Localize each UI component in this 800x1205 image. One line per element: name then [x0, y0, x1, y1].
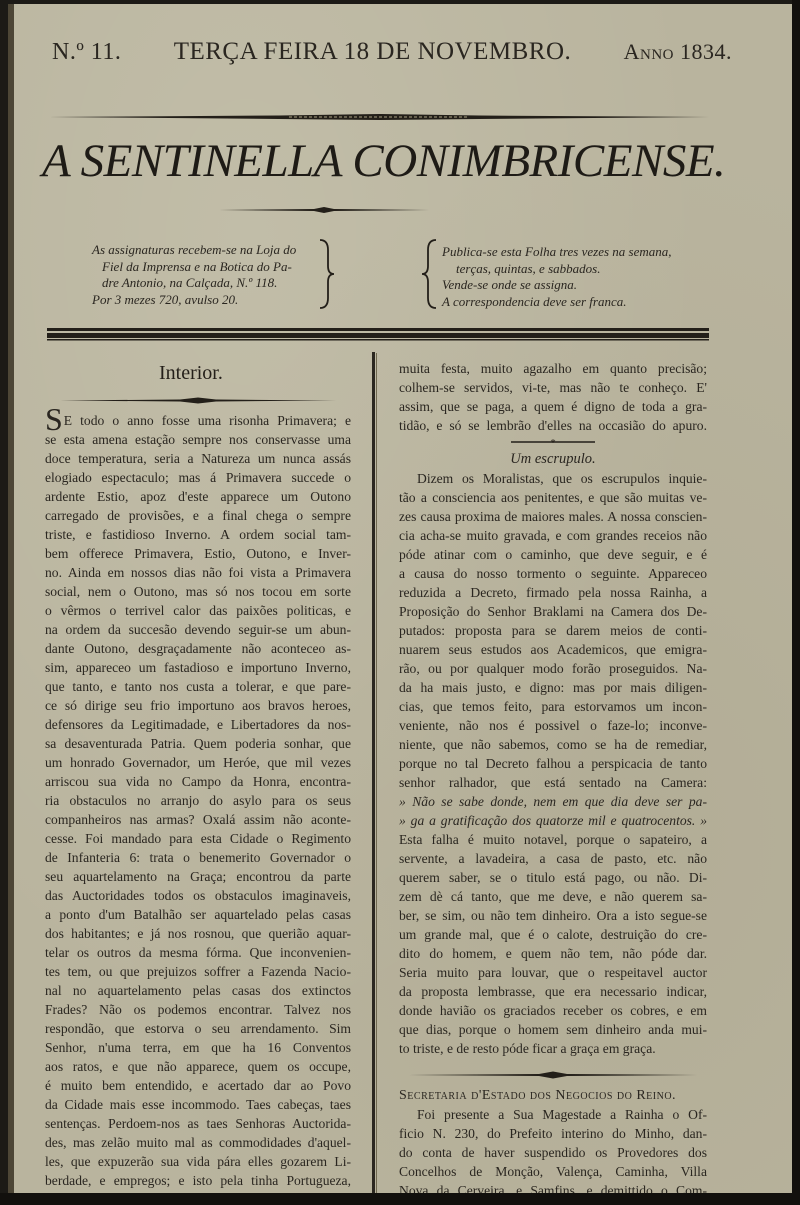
subscription-line: As assignaturas recebem-se na Loja do — [92, 242, 330, 259]
article-line: no. Ainda em nossos dias não foi vista a… — [45, 563, 351, 582]
article-line: nuarem seus estudos aos Academicos, que … — [399, 640, 707, 659]
article-line: o vêrmos o terrivel calor das paixões po… — [45, 601, 351, 620]
publication-line: A correspondencia deve ser franca. — [442, 294, 732, 311]
article-line: na ordem da succesão devendo seguir-se u… — [45, 620, 351, 639]
article-line: ria obstaculos no arranjo do asylo para … — [45, 791, 351, 810]
right-column: muita festa, muito agazalho em quanto pr… — [399, 359, 707, 1200]
article-line: cias, que temos feito, para estorvamos u… — [399, 697, 707, 716]
page-shadow — [0, 1193, 800, 1205]
subscription-line: dre Antonio, na Calçada, N.º 118. — [92, 275, 330, 292]
article-line: companheiros nas armas? Oxalá assim não … — [45, 810, 351, 829]
issue-year: Anno 1834. — [624, 39, 732, 65]
quote-line: » ga a gratificação dos quatorze mil e q… — [399, 811, 707, 830]
masthead: N.º 11. TERÇA FEIRA 18 DE NOVEMBRO. Anno… — [34, 38, 734, 66]
left-brace-icon — [420, 238, 438, 310]
article-line: dante Outono, desgraçadamente não aconte… — [45, 639, 351, 658]
left-column-article: SE todo o anno fosse uma risonha Primave… — [45, 409, 351, 1190]
subscription-line: Por 3 mezes 720, avulso 20. — [92, 292, 330, 309]
star-divider: * — [399, 435, 707, 449]
article-line: cesse. Foi mandado para esta Cidade o Re… — [45, 829, 351, 848]
article-line: querem saber, se o titulo está pago, ou … — [399, 868, 707, 887]
article-line: ce só dirige seu frio importuno aos brav… — [45, 696, 351, 715]
article-line: é muito bem entendido, e acertado dar ao… — [45, 1076, 351, 1095]
article-line: carregado de provisões, e a final chega … — [45, 506, 351, 525]
article-line: elogiado espectaculo; mas á Primavera su… — [45, 468, 351, 487]
section-title-interior: Interior. — [159, 362, 223, 385]
article-line: que tanto, e tanto nos custa a tolerar, … — [45, 677, 351, 696]
subscription-info: As assignaturas recebem-se na Loja do Fi… — [92, 242, 330, 308]
article-line: bem offerece Primavera, Estio, Outono, e… — [45, 544, 351, 563]
ornamental-rule-title — [219, 206, 429, 214]
page-edge — [792, 0, 800, 1205]
article-line: tes tem, ou que prejuizos soffrer a Faze… — [45, 962, 351, 981]
article-line: putados: proposta para se darem meios de… — [399, 621, 707, 640]
article-line: sa desaventurada Patria. Quem poderia so… — [45, 734, 351, 753]
article-line: da Cidade mais esse incommodo. Taes cabe… — [45, 1095, 351, 1114]
article-line: que dias, porque o homem sem dinheiro an… — [399, 1020, 707, 1039]
subscription-line: Fiel da Imprensa e na Botica do Pa- — [92, 259, 330, 276]
double-rule — [47, 326, 709, 342]
quote-line: » Não se sabe donde, nem em que dia deve… — [399, 792, 707, 811]
svg-text:*: * — [550, 437, 556, 449]
article-line: assim, que se paga, a quem é digno de to… — [399, 397, 707, 416]
article-line: ber, se sim, ou não tem dinheiro. Ora a … — [399, 906, 707, 925]
article-line: cia acha-se muito gravada, e com grandes… — [399, 526, 707, 545]
article-line: sim, appareceo um fastadioso e importuno… — [45, 658, 351, 677]
article-title-escrupulo: Um escrupulo. — [399, 450, 707, 469]
article-line: telar os outros da mesma fórma. Que inco… — [45, 943, 351, 962]
article-line: to triste, e de resto póde ficar a graça… — [399, 1039, 707, 1058]
right-brace-icon — [318, 238, 336, 310]
article-line: dito do homem, e quem não tem, não póde … — [399, 944, 707, 963]
article-line: Foi presente a Sua Magestade a Rainha o … — [399, 1105, 707, 1124]
publication-line: Vende-se onde se assigna. — [442, 277, 732, 294]
article-line: zes causa proxima de maiores males. A no… — [399, 507, 707, 526]
article-line: respondão, que estorva o seu arrendament… — [45, 1019, 351, 1038]
article-line: rão, ou por qualquer modo forão prosegui… — [399, 659, 707, 678]
article-line: Dizem os Moralistas, que os escrupulos i… — [399, 469, 707, 488]
article-line: a ponto d'um Batalhão ser aquartelado pe… — [45, 905, 351, 924]
article-line: donde havião os graciados receber os cob… — [399, 1001, 707, 1020]
article-line: muita festa, muito agazalho em quanto pr… — [399, 359, 707, 378]
section-rule — [399, 1070, 707, 1080]
article-line: da proposta lembrasse, que era necessari… — [399, 982, 707, 1001]
article-line: aos ratos, e que não apparece, quem os o… — [45, 1057, 351, 1076]
article-line: ardente Estio, apoz d'este apparece um O… — [45, 487, 351, 506]
article-line: senhor ralhador, que está sentado na Cam… — [399, 773, 707, 792]
article-line: servente, a lavadeira, a casa de pasto, … — [399, 849, 707, 868]
article-line: Frades? Não os podemos encontrar. Talvez… — [45, 1000, 351, 1019]
article-line: berdade, e empregos; e isto pela tinha P… — [45, 1171, 351, 1190]
article-line: do conta de haver suspendido os Provedor… — [399, 1143, 707, 1162]
issue-date: TERÇA FEIRA 18 DE NOVEMBRO. — [174, 38, 572, 66]
publication-line: terças, quintas, e sabbados. — [442, 261, 732, 278]
publication-line: Publica-se esta Folha tres vezes na sema… — [442, 244, 732, 261]
article-line: des, mas zelão muito mal as commodidades… — [45, 1133, 351, 1152]
article-line: um honrado Governador, um Heróe, que mil… — [45, 753, 351, 772]
article-line: seu aquartelamento na Graça; encontrou d… — [45, 867, 351, 886]
article-line: Proposição do Senhor Braklami na Camera … — [399, 602, 707, 621]
newspaper-page: N.º 11. TERÇA FEIRA 18 DE NOVEMBRO. Anno… — [8, 4, 792, 1194]
article-line: SE todo o anno fosse uma risonha Primave… — [45, 409, 351, 430]
article-line: dos habitantes; e já nos rosnou, que que… — [45, 924, 351, 943]
article-line: um grande mal, que é o calote, destruiçã… — [399, 925, 707, 944]
section-rule — [60, 397, 336, 404]
article-line: sentenças. Perdoem-nos as taes Senhoras … — [45, 1114, 351, 1133]
article-line: ficio N. 230, do Prefeito interino do Mi… — [399, 1124, 707, 1143]
article-line: porque no tal Decreto falhou a perspicac… — [399, 754, 707, 773]
publication-info: Publica-se esta Folha tres vezes na sema… — [442, 244, 732, 310]
article-line: Esta falha é muito notavel, porque o sap… — [399, 830, 707, 849]
ornamental-rule-top — [49, 113, 709, 121]
article-line: tão a consciencia aos penitentes, e que … — [399, 488, 707, 507]
issue-number: N.º 11. — [52, 39, 121, 66]
article-line: arriscou sua vida no Campo da Honra, enc… — [45, 772, 351, 791]
newspaper-title: A SENTINELLA CONIMBRICENSE. — [42, 134, 722, 188]
article-line: reduzida a Decreto, firmado pela nossa R… — [399, 583, 707, 602]
article-line: Concelhos de Monção, Valença, Caminha, V… — [399, 1162, 707, 1181]
article-line: niente, que não sabemos, como se ha de r… — [399, 735, 707, 754]
article-line: doce temperatura, seria a Natureza um nu… — [45, 449, 351, 468]
article-line: tidão, e só se lembrão d'elles na occasi… — [399, 416, 707, 435]
article-line: Seria muito para louvar, que o respeitav… — [399, 963, 707, 982]
article-line: les, que expuzerão sua vida pára elles g… — [45, 1152, 351, 1171]
article-line: se esta amena estação sempre nos conserv… — [45, 430, 351, 449]
secretaria-heading: Secretaria d'Estado dos Negocios do Rein… — [399, 1086, 707, 1105]
article-line: a causa do nosso tormento o seguinte. Ap… — [399, 564, 707, 583]
article-line: colhem-se servidos, vi-te, mas não te co… — [399, 378, 707, 397]
article-line: de Infanteria 6: trata o benemerito Gove… — [45, 848, 351, 867]
column-divider — [372, 352, 375, 1195]
article-line: das Auctoridades todos os obstaculos ima… — [45, 886, 351, 905]
article-line: defensores da Legitimadade, e Libertador… — [45, 715, 351, 734]
article-line: póde atinar com o caminho, que deve segu… — [399, 545, 707, 564]
article-line: triste, e fastidioso Inverno. A ordem so… — [45, 525, 351, 544]
article-line: Senhor, n'uma terra, em que ha 16 Conven… — [45, 1038, 351, 1057]
article-line: zem dè cá tanto, que me deve, e não quer… — [399, 887, 707, 906]
article-line: veniente, não nos é possivel o faze-lo; … — [399, 716, 707, 735]
article-line: social, nem o Outono, mas só nos tocou e… — [45, 582, 351, 601]
article-line: nal no aquartelamento pelas casas dos ex… — [45, 981, 351, 1000]
article-line: da ha mais justo, e digno: mas por mais … — [399, 678, 707, 697]
